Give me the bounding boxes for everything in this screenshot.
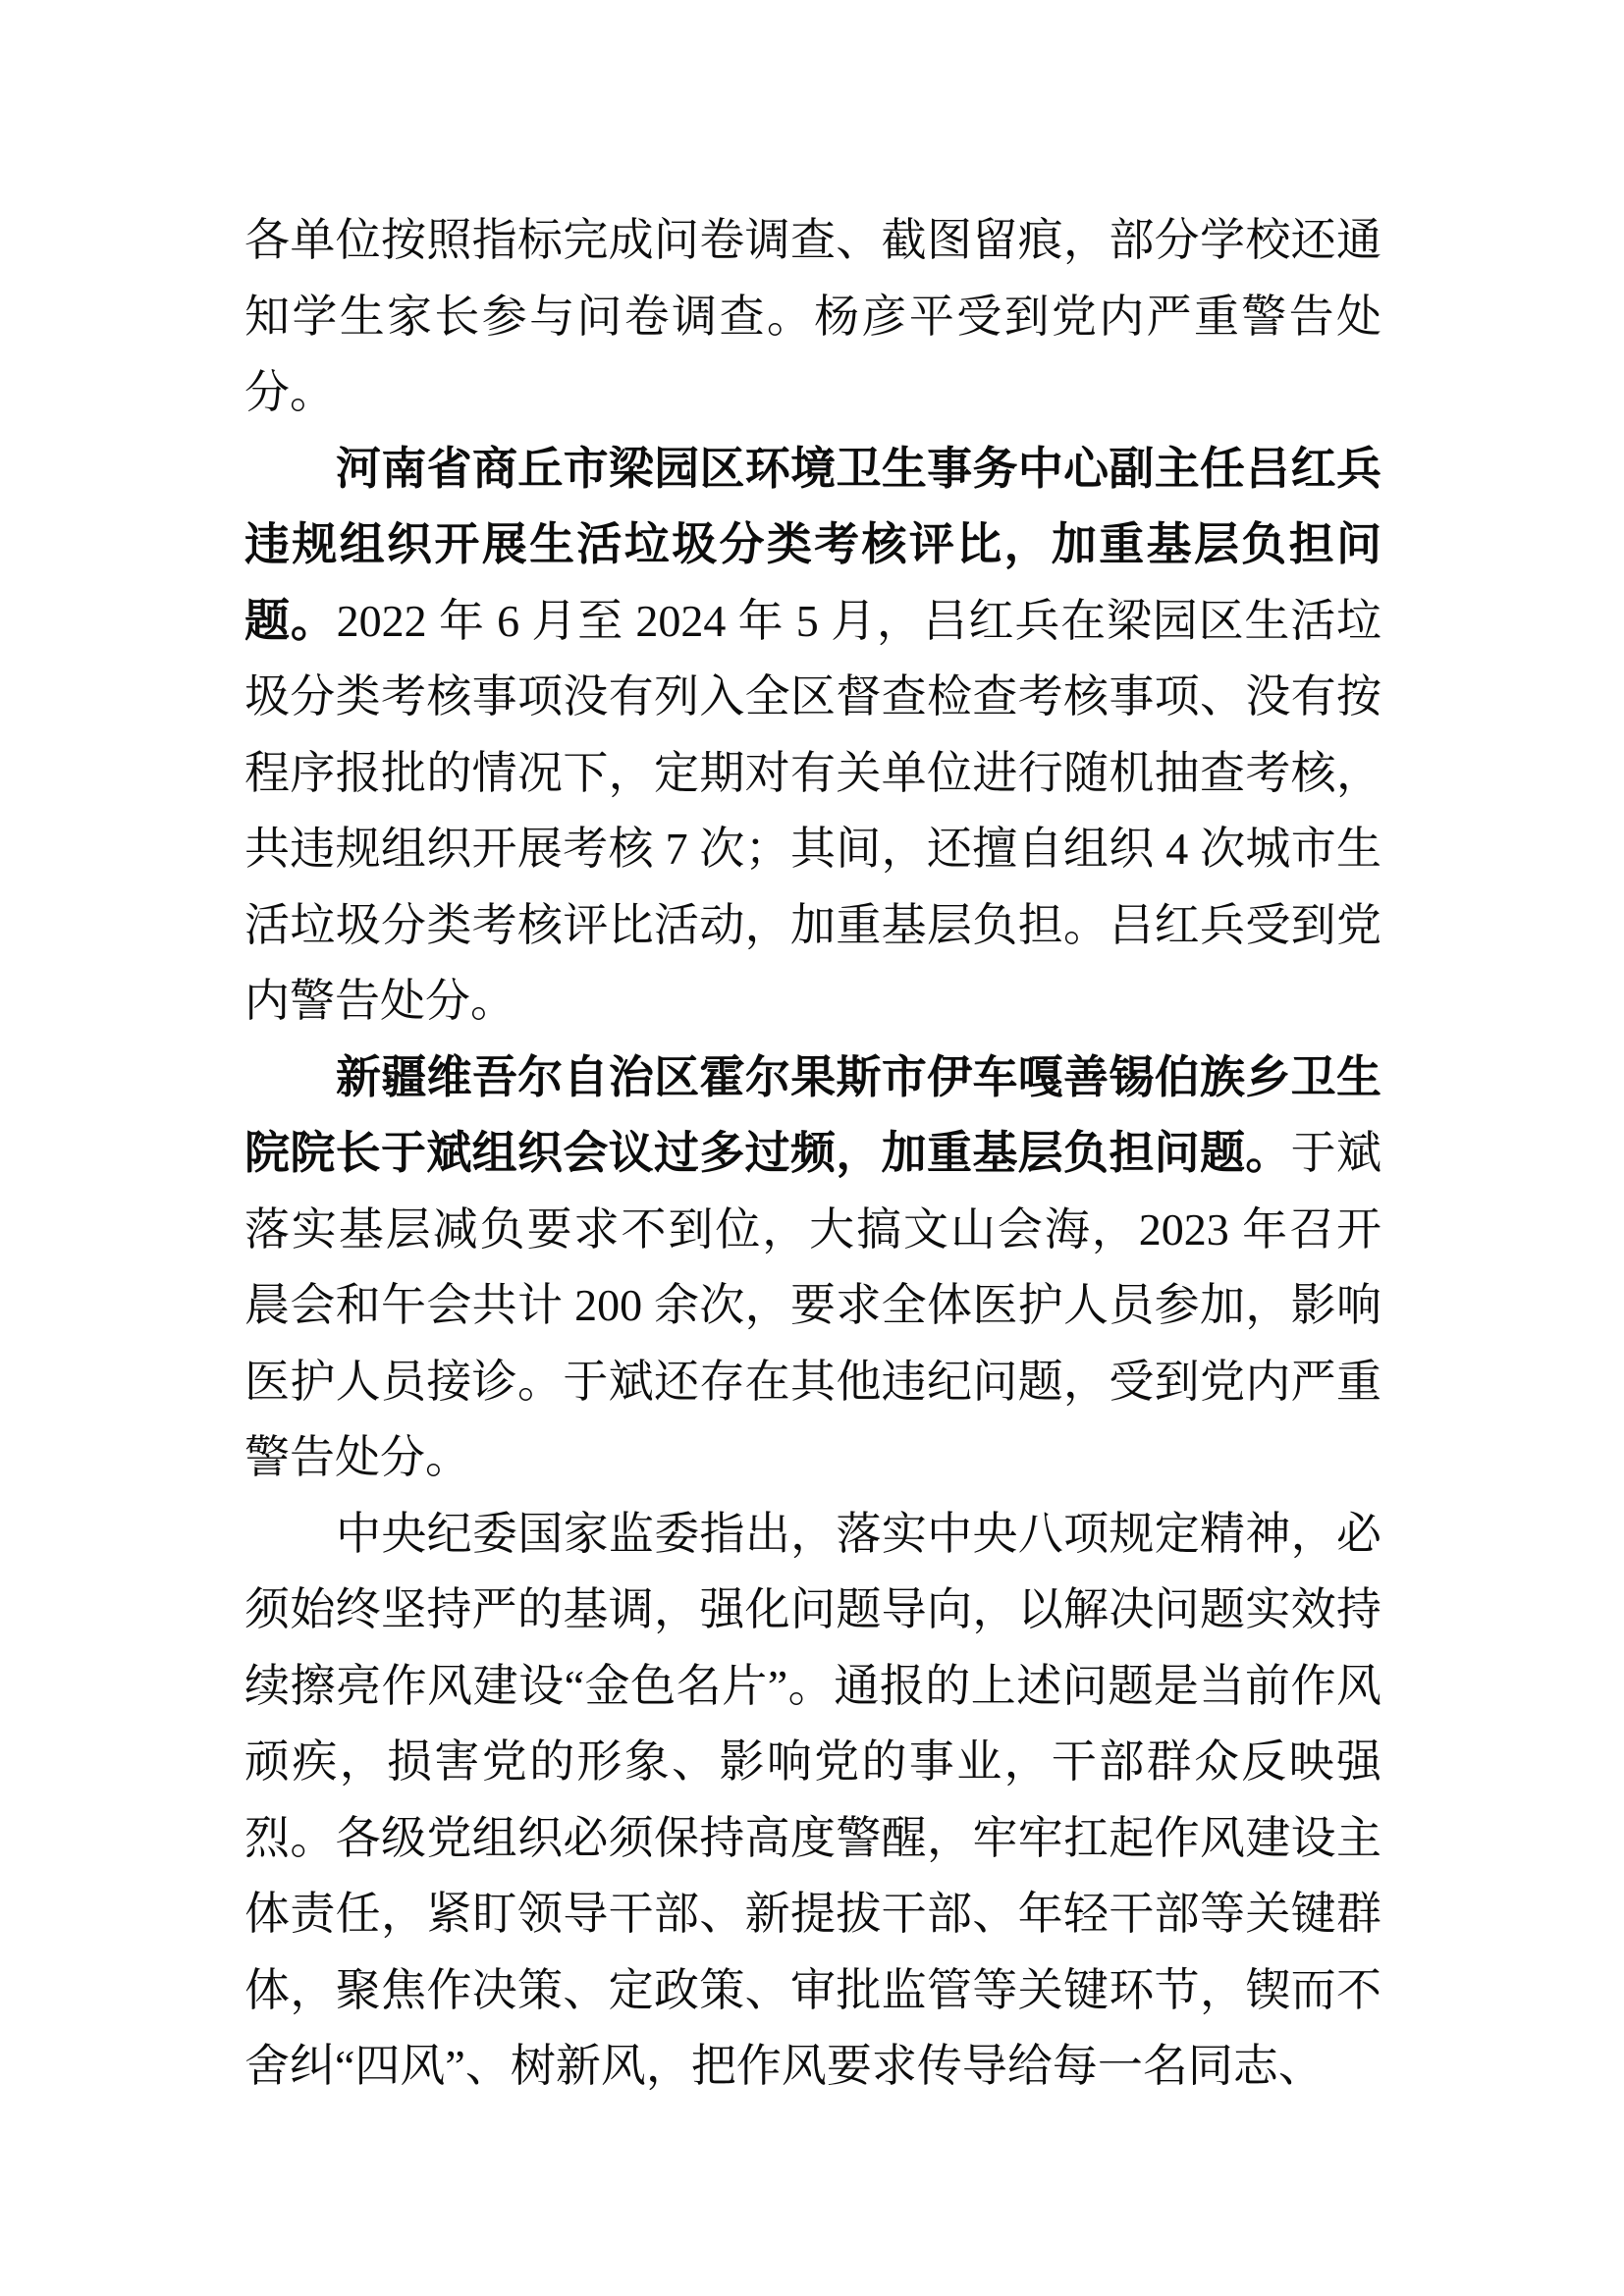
body-text-segment: 于斌落实基层减负要求不到位，大搞文山会海，2023 年召开晨会和午会共计 200… — [244, 1128, 1381, 1482]
body-text-segment: 中央纪委国家监委指出，落实中央八项规定精神，必须始终坚持严的基调，强化问题导向，… — [244, 1509, 1381, 2092]
document-page: 各单位按照指标完成问卷调查、截图留痕，部分学校还通知学生家长参与问卷调查。杨彦平… — [0, 0, 1624, 2296]
body-text-segment: 2022 年 6 月至 2024 年 5 月，吕红兵在梁园区生活垃圾分类考核事项… — [244, 596, 1381, 1027]
emphasis-lead-segment: 新疆维吾尔自治区霍尔果斯市伊车嘎善锡伯族乡卫生院院长于斌组织会议过多过频，加重基… — [244, 1051, 1381, 1179]
body-text-segment: 各单位按照指标完成问卷调查、截图留痕，部分学校还通知学生家长参与问卷调查。杨彦平… — [244, 215, 1381, 417]
paragraph: 河南省商丘市梁园区环境卫生事务中心副主任吕红兵违规组织开展生活垃圾分类考核评比，… — [244, 431, 1381, 1040]
document-body: 各单位按照指标完成问卷调查、截图留痕，部分学校还通知学生家长参与问卷调查。杨彦平… — [244, 202, 1381, 2105]
paragraph: 各单位按照指标完成问卷调查、截图留痕，部分学校还通知学生家长参与问卷调查。杨彦平… — [244, 202, 1381, 431]
paragraph: 新疆维吾尔自治区霍尔果斯市伊车嘎善锡伯族乡卫生院院长于斌组织会议过多过频，加重基… — [244, 1040, 1381, 1496]
paragraph: 中央纪委国家监委指出，落实中央八项规定精神，必须始终坚持严的基调，强化问题导向，… — [244, 1496, 1381, 2105]
